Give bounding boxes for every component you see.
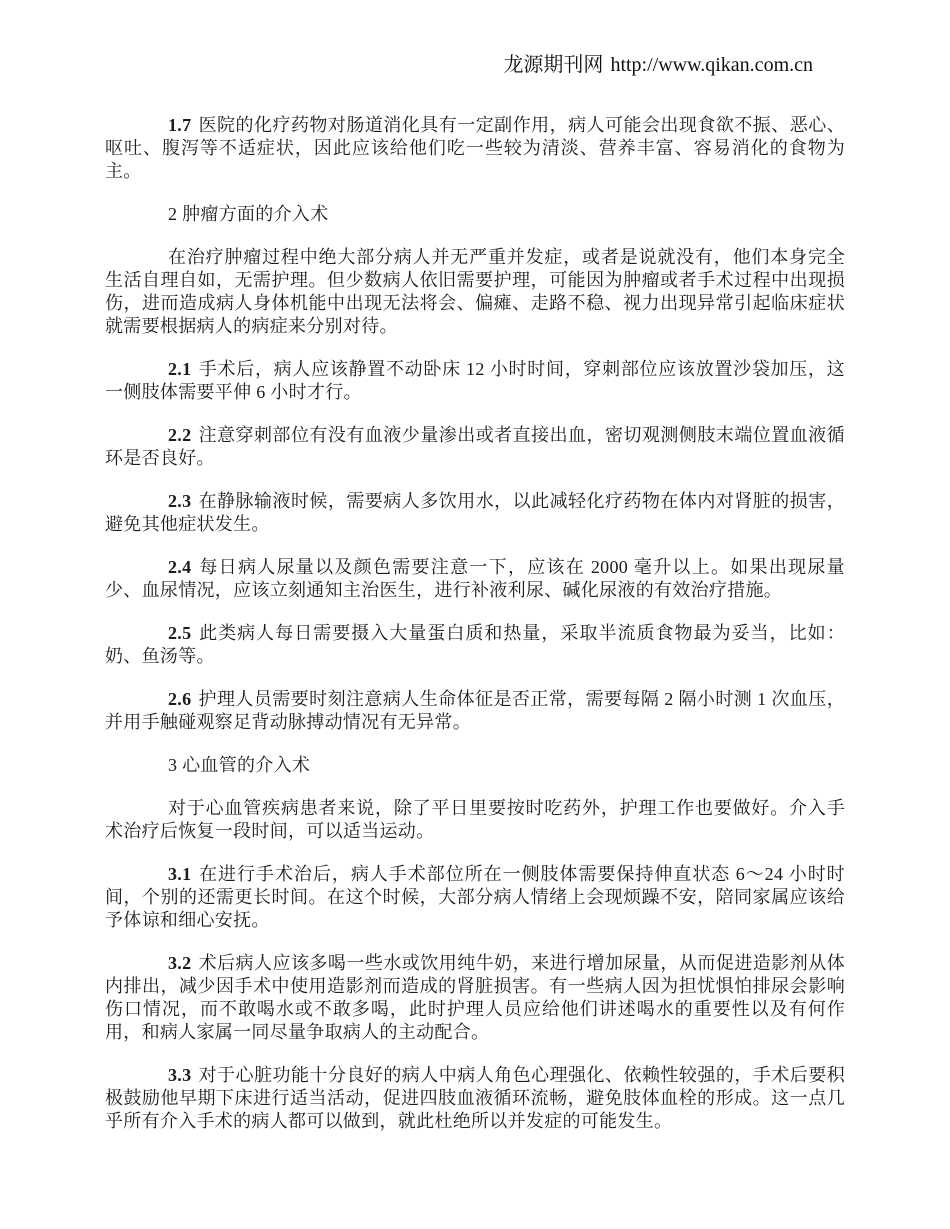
paragraph-text: 护理人员需要时刻注意病人生命体征是否正常，需要每隔 2 隔小时测 1 次血压，并… [105, 689, 845, 732]
site-header: 龙源期刊网http://www.qikan.com.cn [0, 0, 950, 78]
paragraph-text: 医院的化疗药物对肠道消化具有一定副作用，病人可能会出现食欲不振、恶心、呕吐、腹泻… [105, 115, 845, 181]
section-heading: 3 心血管的介入术 [105, 754, 845, 777]
section-number: 2.1 [168, 359, 191, 379]
paragraph: 3.1在进行手术治后，病人手术部位所在一侧肢体需要保持伸直状态 6～24 小时时… [105, 863, 845, 932]
paragraph: 在治疗肿瘤过程中绝大部分病人并无严重并发症，或者是说就没有，他们本身完全生活自理… [105, 246, 845, 338]
section-number: 2.4 [168, 557, 191, 577]
section-number: 2.6 [168, 689, 191, 709]
section-number: 3.3 [168, 1065, 191, 1085]
section-number: 1.7 [168, 115, 191, 135]
section-number: 3.2 [168, 953, 191, 973]
section-number: 2.3 [168, 491, 191, 511]
paragraph-text: 对于心脏功能十分良好的病人中病人角色心理强化、依赖性较强的，手术后要积极鼓励他早… [105, 1065, 845, 1131]
article-body: 1.7医院的化疗药物对肠道消化具有一定副作用，病人可能会出现食欲不振、恶心、呕吐… [105, 114, 845, 1133]
paragraph: 对于心血管疾病患者来说，除了平日里要按时吃药外，护理工作也要做好。介入手术治疗后… [105, 797, 845, 843]
paragraph: 2.5此类病人每日需要摄入大量蛋白质和热量，采取半流质食物最为妥当，比如：奶、鱼… [105, 622, 845, 668]
site-url-text: http://www.qikan.com.cn [610, 54, 813, 76]
paragraph-text: 此类病人每日需要摄入大量蛋白质和热量，采取半流质食物最为妥当，比如：奶、鱼汤等。 [105, 623, 845, 666]
paragraph-text: 在进行手术治后，病人手术部位所在一侧肢体需要保持伸直状态 6～24 小时时间，个… [105, 864, 845, 930]
paragraph: 2.6护理人员需要时刻注意病人生命体征是否正常，需要每隔 2 隔小时测 1 次血… [105, 688, 845, 734]
section-number: 2.2 [168, 425, 191, 445]
paragraph-text: 术后病人应该多喝一些水或饮用纯牛奶，来进行增加尿量，从而促进造影剂从体内排出，减… [105, 953, 845, 1042]
paragraph-text: 在治疗肿瘤过程中绝大部分病人并无严重并发症，或者是说就没有，他们本身完全生活自理… [105, 247, 845, 336]
paragraph: 1.7医院的化疗药物对肠道消化具有一定副作用，病人可能会出现食欲不振、恶心、呕吐… [105, 114, 845, 183]
paragraph-text: 在静脉输液时候，需要病人多饮用水，以此减轻化疗药物在体内对肾脏的损害，避免其他症… [105, 491, 845, 534]
section-heading-text: 2 肿瘤方面的介入术 [168, 204, 329, 224]
paragraph: 2.3在静脉输液时候，需要病人多饮用水，以此减轻化疗药物在体内对肾脏的损害，避免… [105, 490, 845, 536]
paragraph-text: 每日病人尿量以及颜色需要注意一下，应该在 2000 毫升以上。如果出现尿量少、血… [105, 557, 845, 600]
site-name-label: 龙源期刊网 [503, 54, 603, 76]
paragraph-text: 注意穿刺部位有没有血液少量渗出或者直接出血，密切观测侧肢末端位置血液循环是否良好… [105, 425, 845, 468]
section-number: 2.5 [168, 623, 191, 643]
paragraph: 2.4每日病人尿量以及颜色需要注意一下，应该在 2000 毫升以上。如果出现尿量… [105, 556, 845, 602]
paragraph: 3.2术后病人应该多喝一些水或饮用纯牛奶，来进行增加尿量，从而促进造影剂从体内排… [105, 952, 845, 1044]
document-page: 龙源期刊网http://www.qikan.com.cn 1.7医院的化疗药物对… [0, 0, 950, 1229]
paragraph-text: 手术后，病人应该静置不动卧床 12 小时时间，穿刺部位应该放置沙袋加压，这一侧肢… [105, 359, 845, 402]
paragraph: 2.1手术后，病人应该静置不动卧床 12 小时时间，穿刺部位应该放置沙袋加压，这… [105, 358, 845, 404]
paragraph: 3.3对于心脏功能十分良好的病人中病人角色心理强化、依赖性较强的，手术后要积极鼓… [105, 1064, 845, 1133]
paragraph-text: 对于心血管疾病患者来说，除了平日里要按时吃药外，护理工作也要做好。介入手术治疗后… [105, 798, 845, 841]
section-heading-text: 3 心血管的介入术 [168, 755, 310, 775]
section-heading: 2 肿瘤方面的介入术 [105, 203, 845, 226]
section-number: 3.1 [168, 864, 191, 884]
paragraph: 2.2注意穿刺部位有没有血液少量渗出或者直接出血，密切观测侧肢末端位置血液循环是… [105, 424, 845, 470]
